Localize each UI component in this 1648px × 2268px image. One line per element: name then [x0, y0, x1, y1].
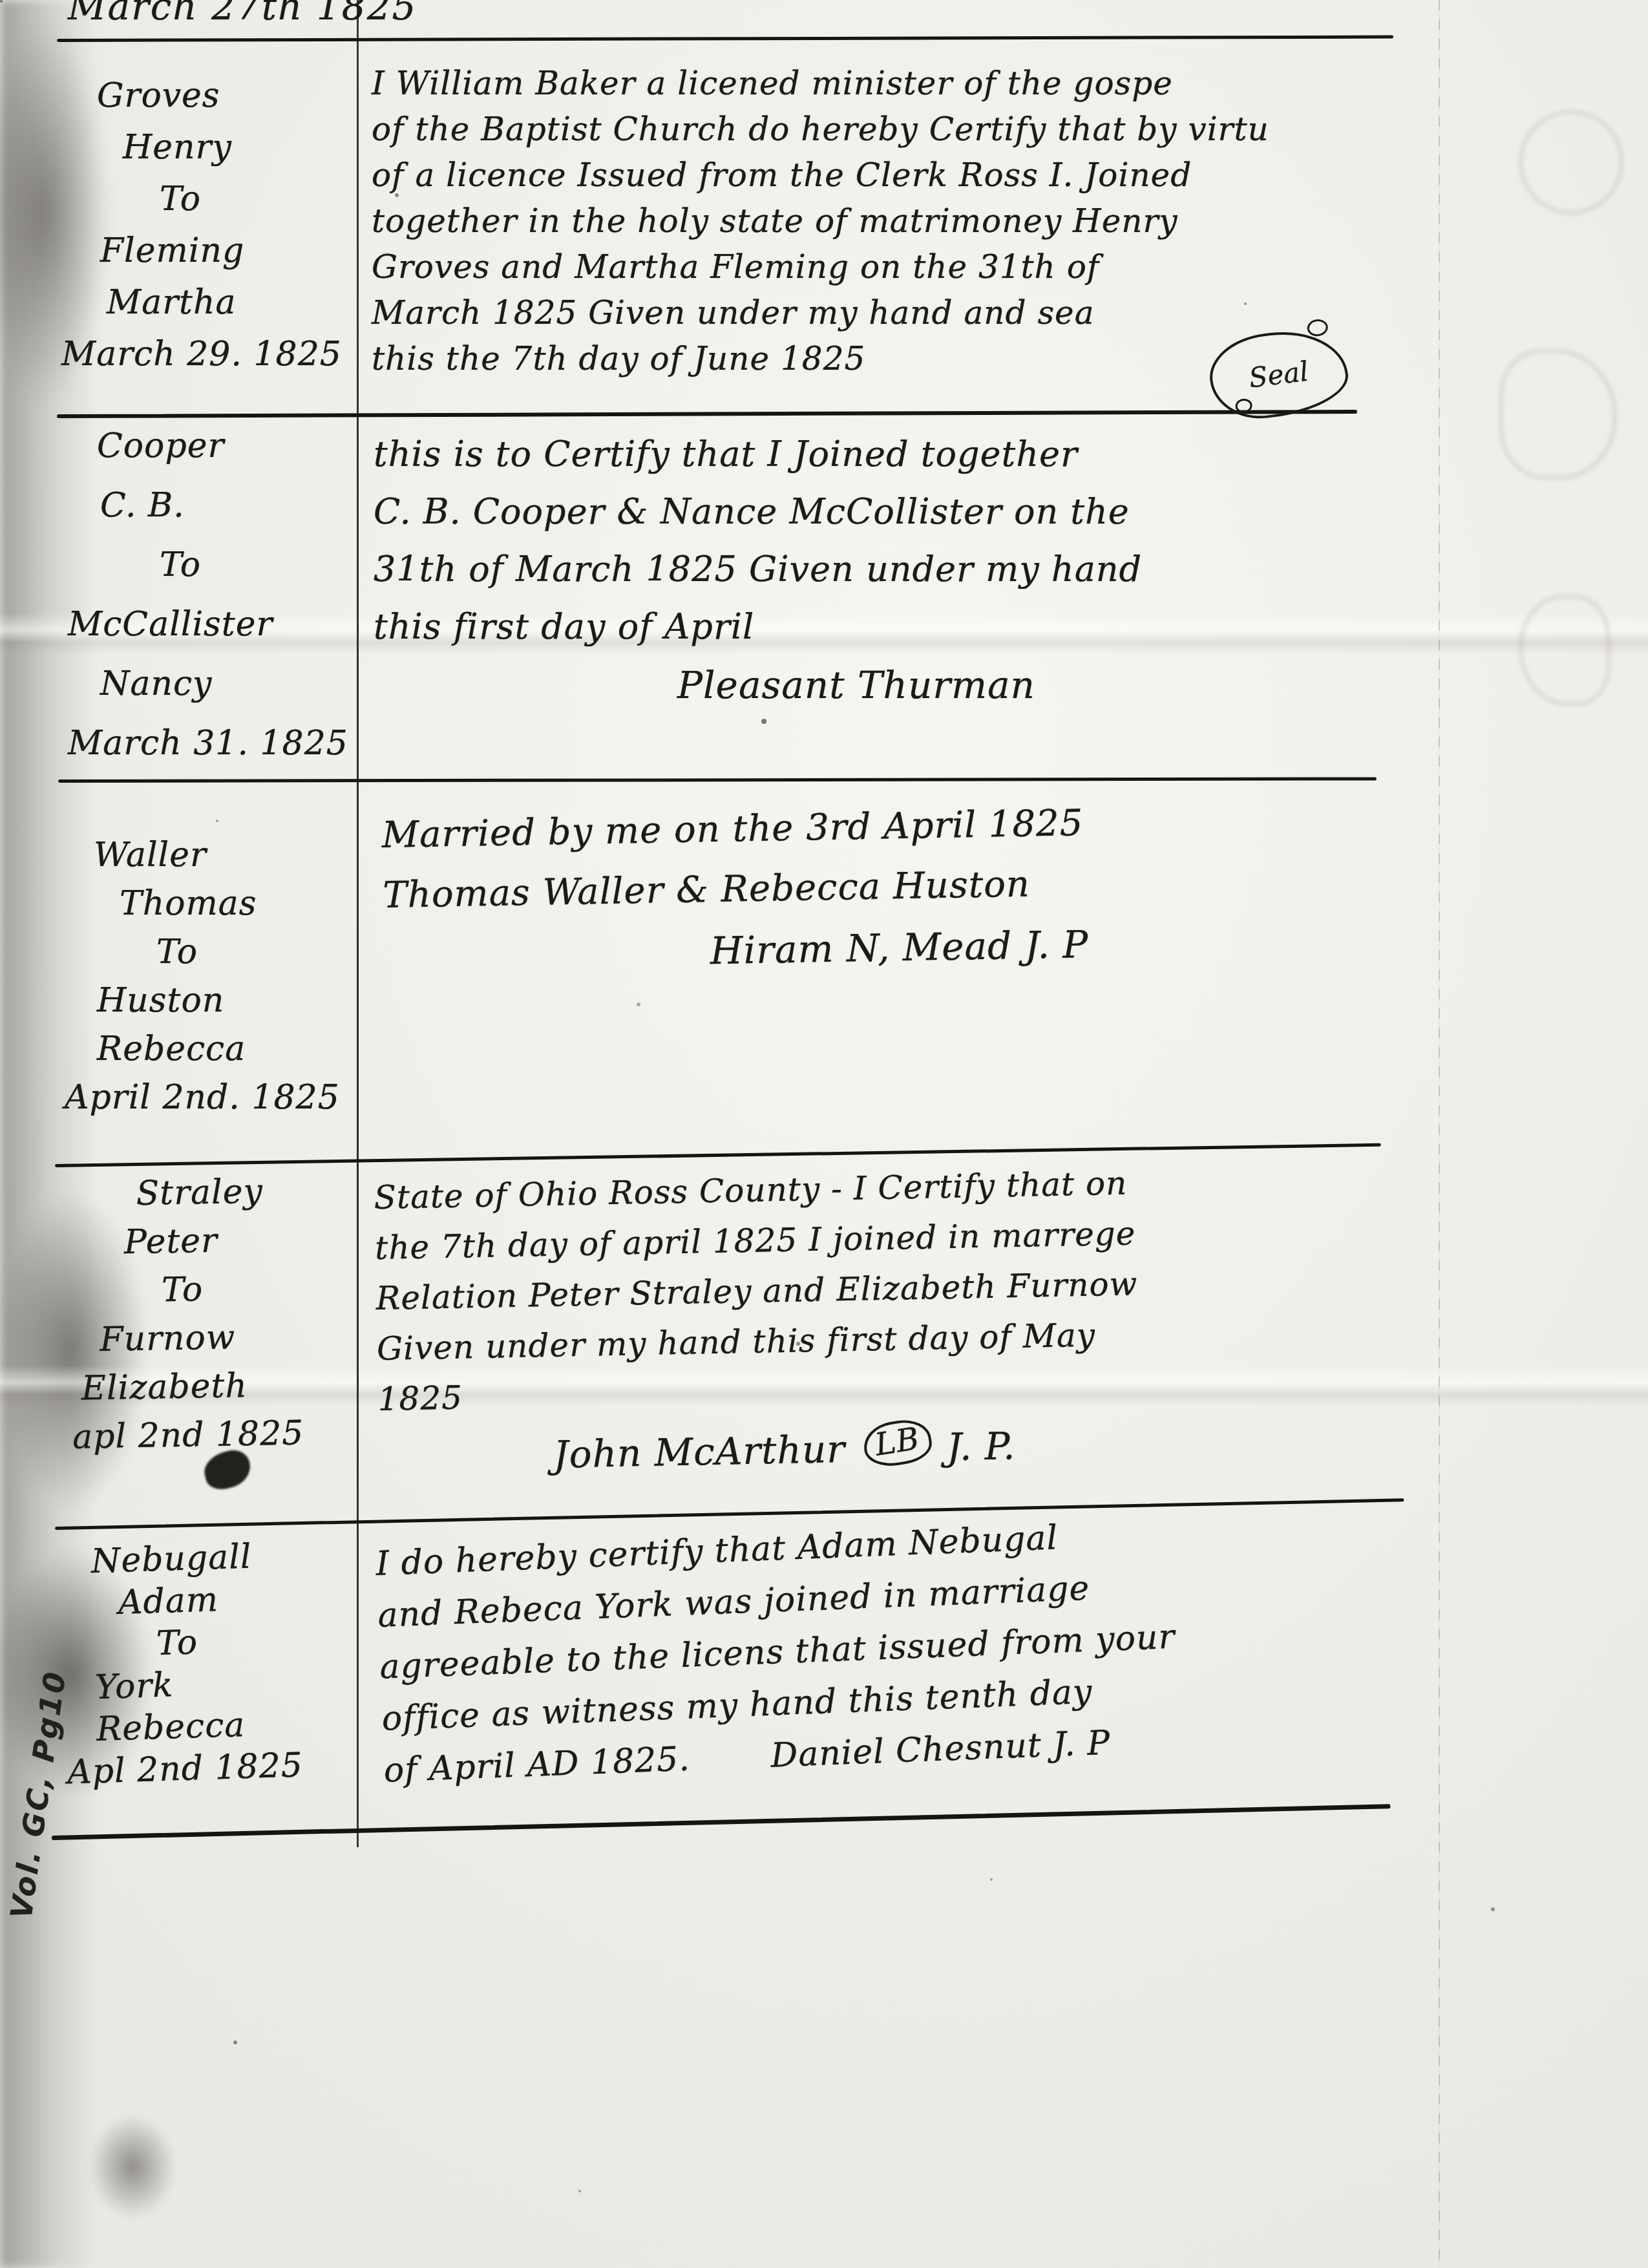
- record-text-line: Groves and Martha Fleming on the 31th of: [372, 244, 1269, 290]
- vertical-fold-crease: [1439, 0, 1440, 2268]
- record-text-line: C. B. Cooper & Nance McCollister on the: [374, 483, 1142, 540]
- record-entry-parties: Groves Henry To Fleming Martha March 29.…: [61, 70, 342, 380]
- page-top-date: March 27th 1825: [68, 0, 417, 28]
- groom-surname: Straley: [136, 1167, 300, 1218]
- bride-surname: Huston: [97, 977, 340, 1025]
- record-date: Apl 2nd 1825: [67, 1744, 304, 1794]
- groom-surname: Cooper: [97, 416, 348, 476]
- record-date: apl 2nd 1825: [72, 1410, 304, 1462]
- entry-divider-rule: [55, 1143, 1381, 1167]
- record-entry-parties: Cooper C. B. To McCallister Nancy March …: [61, 416, 348, 773]
- bride-surname: York: [94, 1660, 301, 1709]
- record-text-line: this the 7th day of June 1825: [372, 336, 1269, 382]
- bleedthrough-ghost: [1499, 349, 1617, 480]
- record-text-line: Thomas Waller & Rebecca Huston: [383, 853, 1088, 926]
- to-label: To: [156, 928, 340, 977]
- bride-surname: Fleming: [100, 225, 342, 277]
- bride-given-name: Elizabeth: [81, 1361, 303, 1414]
- to-label: To: [162, 1264, 302, 1315]
- entry-divider-rule: [58, 777, 1377, 783]
- officiant-signature: Pleasant Thurman: [677, 663, 1142, 707]
- record-entry-parties: Straley Peter To Furnow Elizabeth apl 2n…: [61, 1167, 304, 1462]
- officiant-signature: Hiram N, Mead J. P: [710, 922, 1088, 973]
- record-text-fragment: of April AD 1825.: [383, 1733, 691, 1797]
- groom-surname: Nebugall: [90, 1534, 297, 1583]
- record-date: March 31. 1825: [68, 714, 348, 773]
- bride-given-name: Rebecca: [96, 1702, 302, 1751]
- record-entry-text: I do hereby certify that Adam Nebugal an…: [375, 1508, 1180, 1797]
- groom-given-name: C. B.: [100, 476, 348, 535]
- record-text-line: I William Baker a licened minister of th…: [372, 61, 1269, 107]
- record-text-line: March 1825 Given under my hand and sea: [372, 290, 1269, 336]
- bride-surname: McCallister: [68, 595, 348, 654]
- record-entry-text: State of Ohio Ross County - I Certify th…: [374, 1158, 1141, 1484]
- bride-given-name: Martha: [107, 277, 342, 328]
- record-text-line: together in the holy state of matrimoney…: [372, 198, 1269, 244]
- bride-given-name: Rebecca: [97, 1025, 340, 1074]
- record-text-line: of the Baptist Church do hereby Certify …: [372, 107, 1269, 153]
- bleedthrough-ghost: [1519, 110, 1623, 215]
- bride-given-name: Nancy: [100, 654, 348, 714]
- record-entry-text: Married by me on the 3rd April 1825 Thom…: [381, 793, 1089, 979]
- record-text-line: 31th of March 1825 Given under my hand: [374, 540, 1142, 598]
- record-text-line: this first day of April: [374, 598, 1142, 655]
- paper-speckles: [0, 0, 3, 3]
- column-divider-line: [357, 0, 359, 1847]
- seal-label: Seal: [1247, 355, 1310, 394]
- officiant-signature-row: John McArthurLBJ. P.: [553, 1421, 1141, 1480]
- groom-given-name: Peter: [123, 1216, 301, 1267]
- bride-surname: Furnow: [100, 1313, 302, 1364]
- groom-surname: Groves: [97, 70, 342, 122]
- entry-divider-rule: [52, 1804, 1391, 1840]
- to-label: To: [160, 173, 342, 225]
- entry-divider-rule: [57, 36, 1393, 42]
- record-entry-parties: Waller Thomas To Huston Rebecca April 2n…: [58, 831, 340, 1122]
- record-text-line: of a licence Issued from the Clerk Ross …: [372, 153, 1269, 198]
- groom-surname: Waller: [94, 831, 340, 880]
- record-date: April 2nd. 1825: [65, 1074, 340, 1122]
- record-date: March 29. 1825: [61, 328, 342, 380]
- to-label: To: [156, 1618, 300, 1665]
- officiant-signature: John McArthur: [553, 1427, 846, 1477]
- seal-mark: LB: [860, 1416, 935, 1470]
- scanned-marriage-record-page: March 27th 1825 Vol. GC, Pg10 Groves Hen…: [0, 0, 1648, 2268]
- record-entry-text: I William Baker a licened minister of th…: [372, 61, 1269, 382]
- groom-given-name: Henry: [123, 122, 342, 173]
- record-entry-parties: Nebugall Adam To York Rebecca Apl 2nd 18…: [55, 1534, 304, 1794]
- bleedthrough-ghost: [1519, 595, 1611, 706]
- record-entry-text: this is to Certify that I Joined togethe…: [374, 425, 1142, 707]
- justice-of-peace-suffix: J. P.: [946, 1424, 1016, 1469]
- to-label: To: [160, 535, 348, 595]
- groom-given-name: Thomas: [120, 880, 340, 928]
- groom-given-name: Adam: [118, 1576, 299, 1624]
- record-text-line: this is to Certify that I Joined togethe…: [374, 425, 1142, 483]
